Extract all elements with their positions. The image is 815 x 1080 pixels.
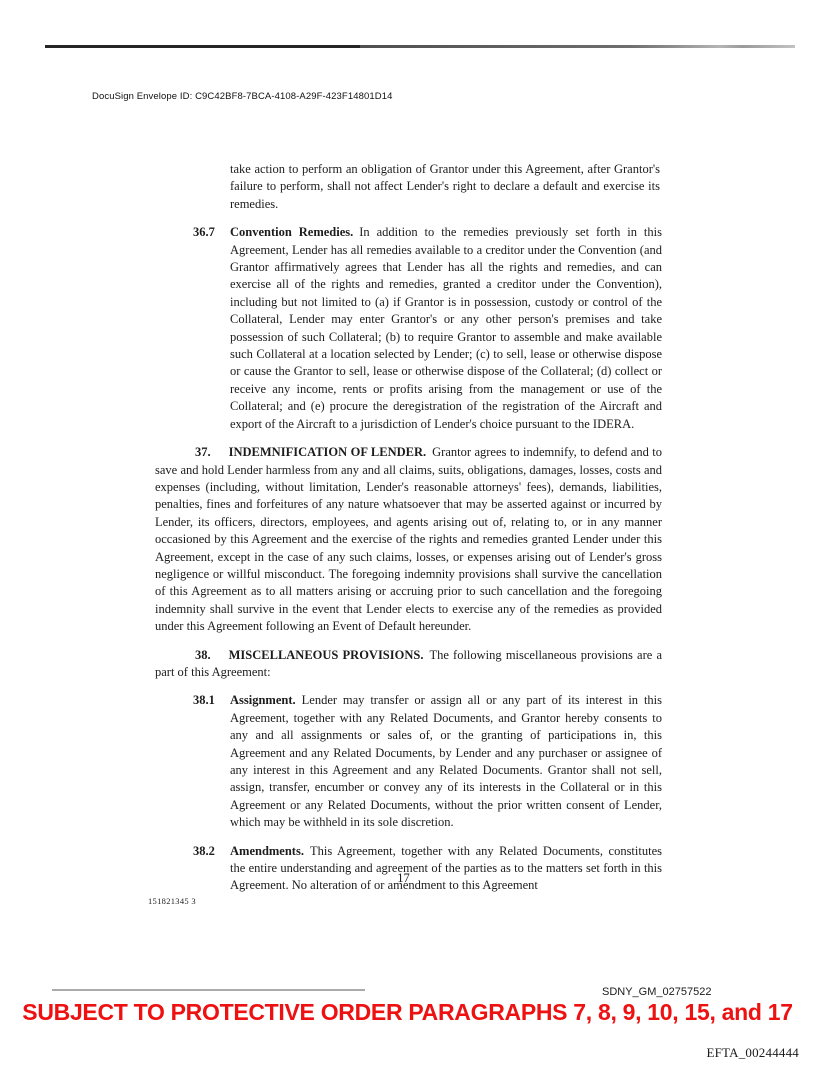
section-number: 38.1 — [193, 692, 215, 709]
docusign-envelope-id: DocuSign Envelope ID: C9C42BF8-7BCA-4108… — [92, 91, 392, 102]
paragraph-continuation: take action to perform an obligation of … — [230, 161, 660, 213]
section-heading: INDEMNIFICATION OF LENDER. — [229, 445, 427, 459]
section-body: In addition to the remedies previously s… — [230, 225, 662, 430]
scanned-document-page: DocuSign Envelope ID: C9C42BF8-7BCA-4108… — [0, 0, 815, 1080]
section-number: 37. — [195, 445, 211, 459]
section-38-2: 38.2 Amendments.This Agreement, together… — [155, 843, 662, 895]
section-body: Grantor agrees to indemnify, to defend a… — [155, 445, 662, 633]
section-37: 37.INDEMNIFICATION OF LENDER.Grantor agr… — [155, 444, 662, 635]
section-body: Lender may transfer or assign all or any… — [230, 693, 662, 829]
section-38-1: 38.1 Assignment.Lender may transfer or a… — [155, 692, 662, 831]
section-number: 36.7 — [193, 224, 215, 241]
bates-number-sdny: SDNY_GM_02757522 — [602, 986, 711, 998]
section-number: 38.2 — [193, 843, 215, 860]
footer-horizontal-rule — [52, 989, 365, 991]
section-number: 38. — [195, 648, 211, 662]
section-heading: Convention Remedies. — [230, 225, 353, 239]
section-36-7: 36.7 Convention Remedies.In addition to … — [155, 224, 662, 433]
section-heading: Assignment. — [230, 693, 296, 707]
section-38: 38.MISCELLANEOUS PROVISIONS.The followin… — [155, 647, 662, 682]
section-heading: MISCELLANEOUS PROVISIONS. — [229, 648, 424, 662]
section-heading: Amendments. — [230, 844, 304, 858]
top-horizontal-rule — [45, 45, 795, 48]
document-control-number: 151821345 3 — [148, 896, 196, 906]
page-number: 17 — [0, 871, 807, 886]
protective-order-stamp: SUBJECT TO PROTECTIVE ORDER PARAGRAPHS 7… — [0, 999, 815, 1026]
bates-number-efta: EFTA_00244444 — [706, 1045, 799, 1061]
document-body: take action to perform an obligation of … — [155, 161, 662, 906]
